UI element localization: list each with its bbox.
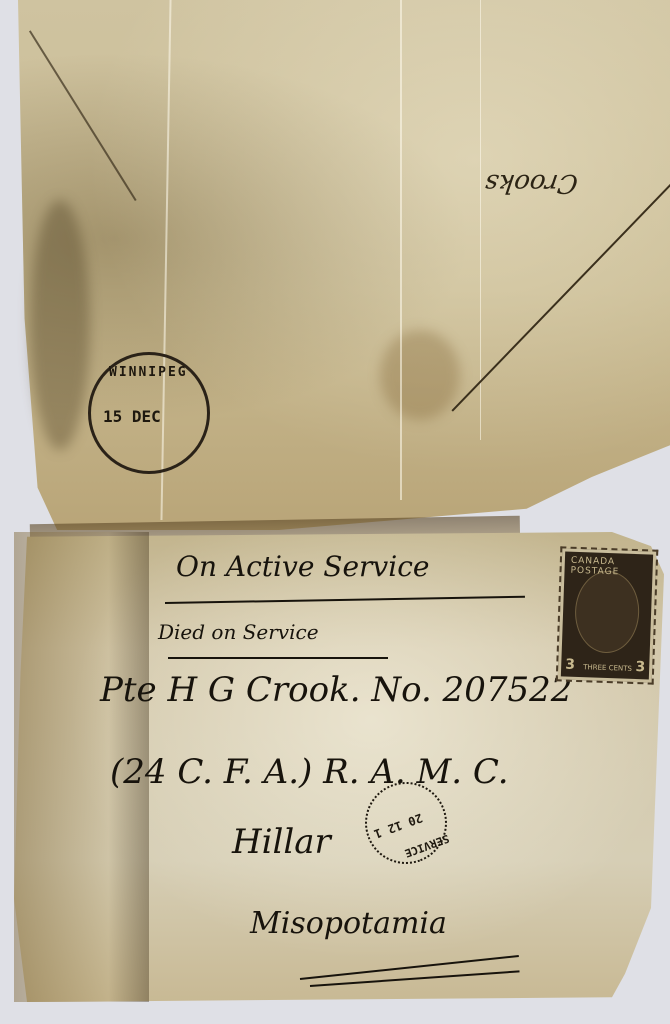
handwritten-line-unit: (24 C. F. A.) R. A. M. C. <box>110 752 509 792</box>
stamp-denomination: THREE CENTS <box>583 663 632 673</box>
postmark-date: 20 12 1 <box>372 811 424 841</box>
handwritten-line-died-on-service: Died on Service <box>158 620 319 644</box>
handwritten-line-place: Hillar <box>232 822 331 862</box>
underline <box>168 657 388 659</box>
stain <box>30 200 90 450</box>
postmark-date: 15 DEC <box>103 407 161 426</box>
stamp-value: 3 <box>635 659 645 675</box>
handwritten-line-active-service: On Active Service <box>176 550 429 583</box>
handwritten-line-country: Misopotamia <box>250 906 447 941</box>
stamp-portrait <box>574 570 641 654</box>
paper-crease <box>400 0 402 500</box>
postage-stamp: CANADA POSTAGE 3 THREE CENTS 3 <box>558 548 657 682</box>
back-postmark: WINNIPEG 15 DEC <box>88 352 210 474</box>
envelope-photo: Crooks WINNIPEG 15 DEC On Active Service… <box>0 0 670 1024</box>
handwritten-line-recipient: Pte H G Crook. No. 207522 <box>100 670 572 710</box>
postmark-ring-text: WINNIPEG <box>109 365 188 380</box>
stain <box>380 330 460 420</box>
paper-crease <box>480 0 481 440</box>
stamp-value: 3 <box>565 657 575 673</box>
stamp-country: CANADA POSTAGE <box>570 556 653 579</box>
inverted-handwritten-note: Crooks <box>483 168 580 198</box>
